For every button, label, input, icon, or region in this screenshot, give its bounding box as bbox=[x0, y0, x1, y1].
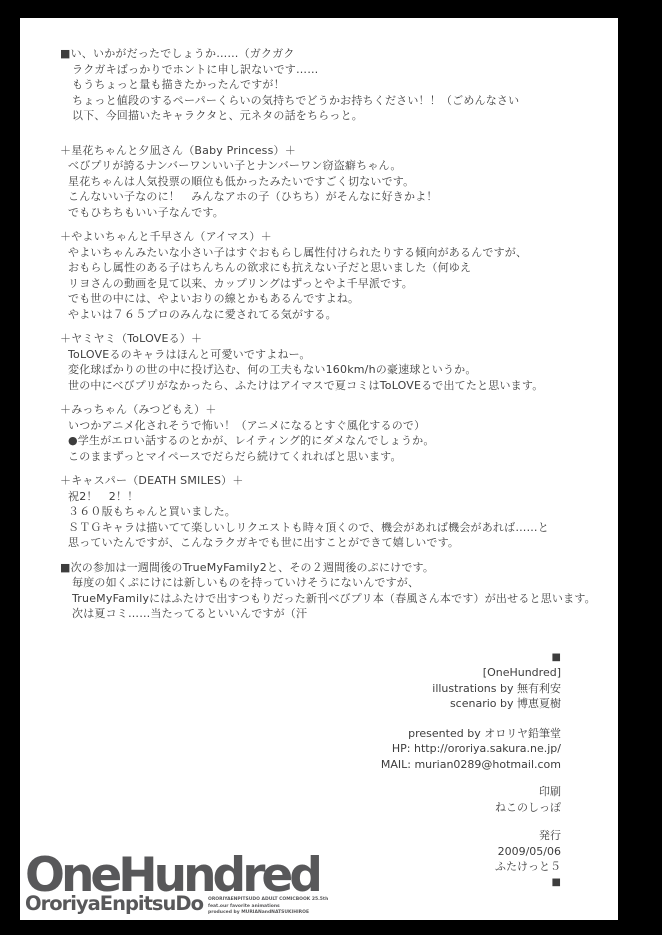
circle-logo: OneHundred OroriyaEnpitsuDo ORORIYAENPIT… bbox=[25, 858, 328, 917]
block-first-line: ■次の参加は一週間後のTrueMyFamily2と、その２週間後のぷにけです。 bbox=[60, 560, 561, 576]
credit-line: MAIL: murian0289@hotmail.com bbox=[60, 757, 561, 773]
afterword-block: ■い、いかがだったでしょうか……（ガクガクラクガキばっかりでホントに申し訳ないで… bbox=[60, 46, 561, 124]
afterword-block: ＋みっちゃん（みつどもえ）＋いつかアニメ化されそうで怖い！（アニメになるとすぐ風… bbox=[60, 402, 561, 464]
logo-fine-print: ORORIYAENPITSUDO ADULT COMICBOOK 25.5thf… bbox=[208, 897, 328, 917]
text-line: このままずっとマイペースでだらだら続けてくれればと思います。 bbox=[60, 449, 561, 465]
text-line: 毎度の如くぷにけには新しいものを持っていけそうにないんですが、 bbox=[60, 575, 561, 591]
text-line: こんないい子なのに！ みんなアホの子（ひちち）がそんなに好きかよ！ bbox=[60, 189, 561, 205]
logo-fine-line: ORORIYAENPITSUDO ADULT COMICBOOK 25.5th bbox=[208, 897, 328, 904]
text-line: 世の中にべびプリがなかったら、ふたけはアイマスで夏コミはToLOVEるで出てたと… bbox=[60, 378, 561, 394]
logo-subtitle: OroriyaEnpitsuDo bbox=[25, 894, 203, 914]
afterword-block: ＋やよいちゃんと千早さん（アイマス）＋やよいちゃんみたいな小さい子はすぐおもらし… bbox=[60, 229, 561, 322]
credit-line: presented by オロリヤ鉛筆堂 bbox=[60, 726, 561, 742]
credit-line: HP: http://ororiya.sakura.ne.jp/ bbox=[60, 741, 561, 757]
text-line: でもひちちもいい子なんです。 bbox=[60, 205, 561, 221]
text-line: 変化球ばかりの世の中に投げ込む、何の工夫もない160km/hの豪速球というか。 bbox=[60, 362, 561, 378]
text-line: ラクガキばっかりでホントに申し訳ないです…… bbox=[60, 62, 561, 78]
text-line: ＳＴＧキャラは描いてて楽しいしリクエストも時々頂くので、機会があれば機会があれば… bbox=[60, 520, 561, 536]
block-first-line: ■い、いかがだったでしょうか……（ガクガク bbox=[60, 46, 561, 62]
credit-group: 印刷ねこのしっぽ bbox=[60, 784, 561, 815]
credit-line: 発行 bbox=[60, 828, 561, 844]
credit-group: presented by オロリヤ鉛筆堂HP: http://ororiya.s… bbox=[60, 726, 561, 773]
credit-line: 印刷 bbox=[60, 784, 561, 800]
text-line: もうちょっと量も描きたかったんですが！ bbox=[60, 77, 561, 93]
afterword-block: ＋星花ちゃんと夕凪さん（Baby Princess）＋べびプリが誇るナンバーワン… bbox=[60, 143, 561, 221]
text-line: いつかアニメ化されそうで怖い！（アニメになるとすぐ風化するので） bbox=[60, 418, 561, 434]
block-first-line: ＋キャスパー（DEATH SMILES）＋ bbox=[60, 473, 561, 489]
text-line: 祝2！ 2！！ bbox=[60, 489, 561, 505]
square-bullet: ■ bbox=[60, 650, 561, 666]
block-first-line: ＋みっちゃん（みつどもえ）＋ bbox=[60, 402, 561, 418]
text-line: TrueMyFamilyにはふたけで出すつもりだった新刊べびプリ本（春風さん本で… bbox=[60, 591, 561, 607]
text-line: でも世の中には、やよいおりの線とかもあるんですよね。 bbox=[60, 291, 561, 307]
block-first-line: ＋星花ちゃんと夕凪さん（Baby Princess）＋ bbox=[60, 143, 561, 159]
afterword-block: ＋キャスパー（DEATH SMILES）＋祝2！ 2！！３６０版もちゃんと買いま… bbox=[60, 473, 561, 551]
block-first-line: ＋ヤミヤミ（ToLOVEる）＋ bbox=[60, 331, 561, 347]
logo-fine-line: produced by MURIANandNATSUKIHIROE bbox=[208, 910, 328, 917]
text-line: ●学生がエロい話するのとかが、レイティング的にダメなんでしょうか。 bbox=[60, 433, 561, 449]
text-line: リヨさんの動画を見て以来、カップリングはずっとやよ千早派です。 bbox=[60, 276, 561, 292]
text-line: ToLOVEるのキャラはほんと可愛いですよねー。 bbox=[60, 347, 561, 363]
text-line: おもらし属性のある子はちんちんの欲求にも抗えない子だと思いました（何ゆえ bbox=[60, 260, 561, 276]
text-line: 以下、今回描いたキャラクタと、元ネタの話をちらっと。 bbox=[60, 108, 561, 124]
logo-title: OneHundred bbox=[25, 858, 328, 895]
text-line: 次は夏コミ……当たってるといいんですが（汗 bbox=[60, 606, 561, 622]
text-line: やよいちゃんみたいな小さい子はすぐおもらし属性付けられたりする傾向があるんですが… bbox=[60, 245, 561, 261]
afterword-block: ■次の参加は一週間後のTrueMyFamily2と、その２週間後のぷにけです。毎… bbox=[60, 560, 561, 622]
text-line: ちょっと値段のするペーパーくらいの気持ちでどうかお持ちください！！（ごめんなさい bbox=[60, 93, 561, 109]
afterword-text: ■い、いかがだったでしょうか……（ガクガクラクガキばっかりでホントに申し訳ないで… bbox=[60, 46, 561, 622]
credit-line: [OneHundred] bbox=[60, 665, 561, 681]
text-line: ３６０版もちゃんと買いました。 bbox=[60, 504, 561, 520]
text-line: 星花ちゃんは人気投票の順位も低かったみたいですごく切ないです。 bbox=[60, 174, 561, 190]
block-first-line: ＋やよいちゃんと千早さん（アイマス）＋ bbox=[60, 229, 561, 245]
text-line: べびプリが誇るナンバーワンいい子とナンバーワン窃盗癖ちゃん。 bbox=[60, 158, 561, 174]
credit-group: ■[OneHundred]illustrations by 無有利安scenar… bbox=[60, 650, 561, 712]
scanned-page: ■い、いかがだったでしょうか……（ガクガクラクガキばっかりでホントに申し訳ないで… bbox=[20, 18, 618, 920]
text-line: 思っていたんですが、こんなラクガキでも世に出すことができて嬉しいです。 bbox=[60, 535, 561, 551]
credit-line: scenario by 博恵夏樹 bbox=[60, 696, 561, 712]
credit-line: illustrations by 無有利安 bbox=[60, 681, 561, 697]
text-line: やよいは７６５プロのみんなに愛されてる気がする。 bbox=[60, 307, 561, 323]
afterword-block: ＋ヤミヤミ（ToLOVEる）＋ToLOVEるのキャラはほんと可愛いですよねー。変… bbox=[60, 331, 561, 393]
credit-line: ねこのしっぽ bbox=[60, 800, 561, 816]
